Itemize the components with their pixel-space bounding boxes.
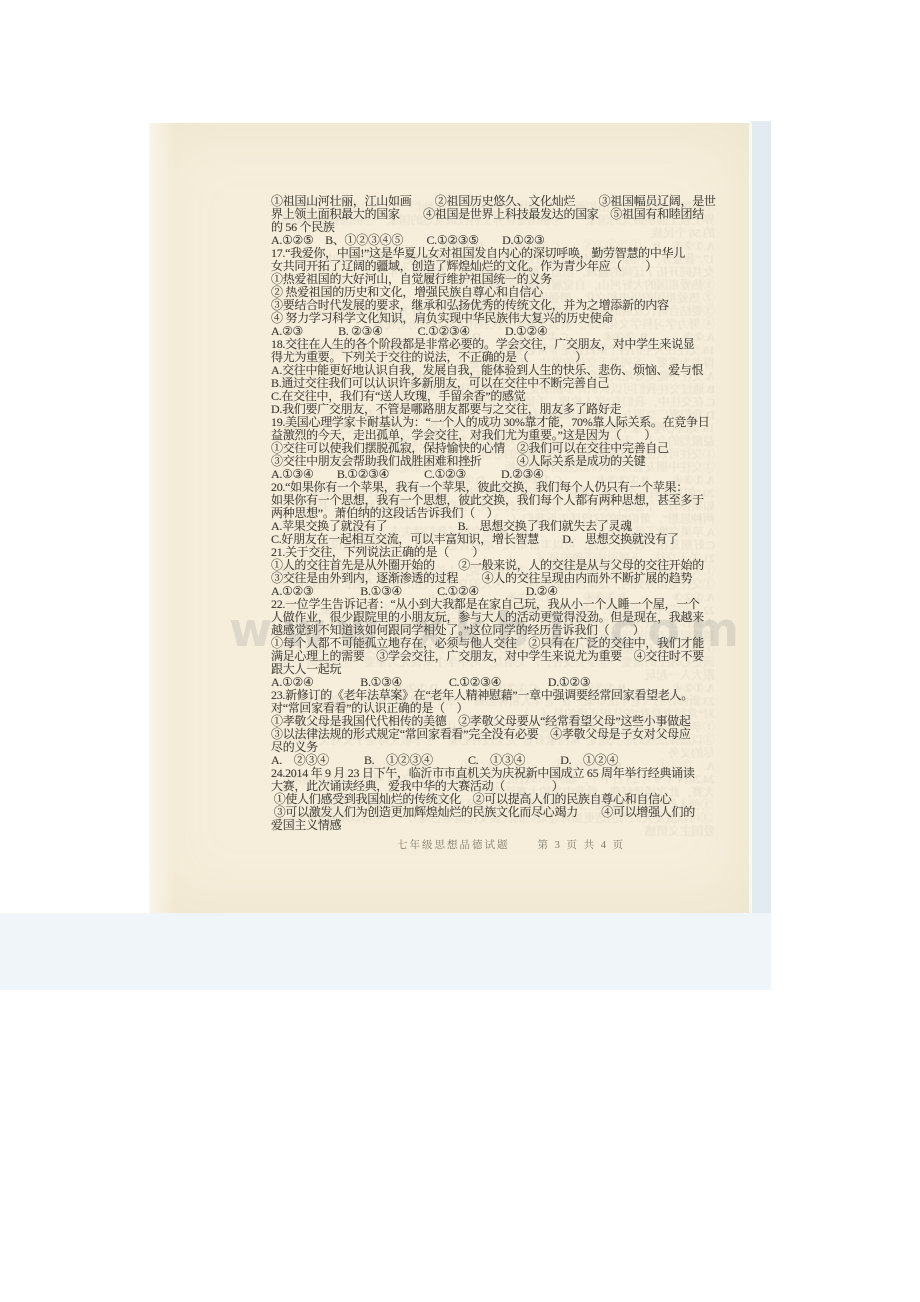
scanner-strip-bottom xyxy=(0,913,771,990)
text-line: ③以法律法规的形式规定“常回家看看”完全没有必要 ④孝敬父母是子女对父母应 xyxy=(271,728,715,741)
paper-left-edge xyxy=(149,123,175,913)
paper-right-edge xyxy=(749,123,752,913)
watermark-text: www.xkb1.com xyxy=(229,603,749,658)
exam-paper: ①祖国山河壮丽，江山如画 ②祖国历史悠久、文化灿烂 ③祖国幅员辽阔，是世界上领土… xyxy=(149,123,752,913)
page-footer: 七年级思想品德试题 第 3 页 共 4 页 xyxy=(397,837,625,852)
footer-page-info: 第 3 页 共 4 页 xyxy=(538,837,626,852)
scanned-exam-page: { "exam": { "watermark": "www.xkb1.com",… xyxy=(0,0,920,1302)
footer-title: 七年级思想品德试题 xyxy=(397,837,510,852)
scanner-strip-right xyxy=(751,121,771,990)
scan-canvas: ①祖国山河壮丽，江山如画 ②祖国历史悠久、文化灿烂 ③祖国幅员辽阔，是世界上领土… xyxy=(0,0,920,1302)
text-line: 爱国主义情感 xyxy=(271,819,715,832)
text-lines: ①祖国山河壮丽，江山如画 ②祖国历史悠久、文化灿烂 ③祖国幅员辽阔，是世界上领土… xyxy=(271,195,715,832)
text-line: 界上领土面积最大的国家 ④祖国是世界上科技最发达的国家 ⑤祖国有和睦团结 xyxy=(271,208,715,221)
